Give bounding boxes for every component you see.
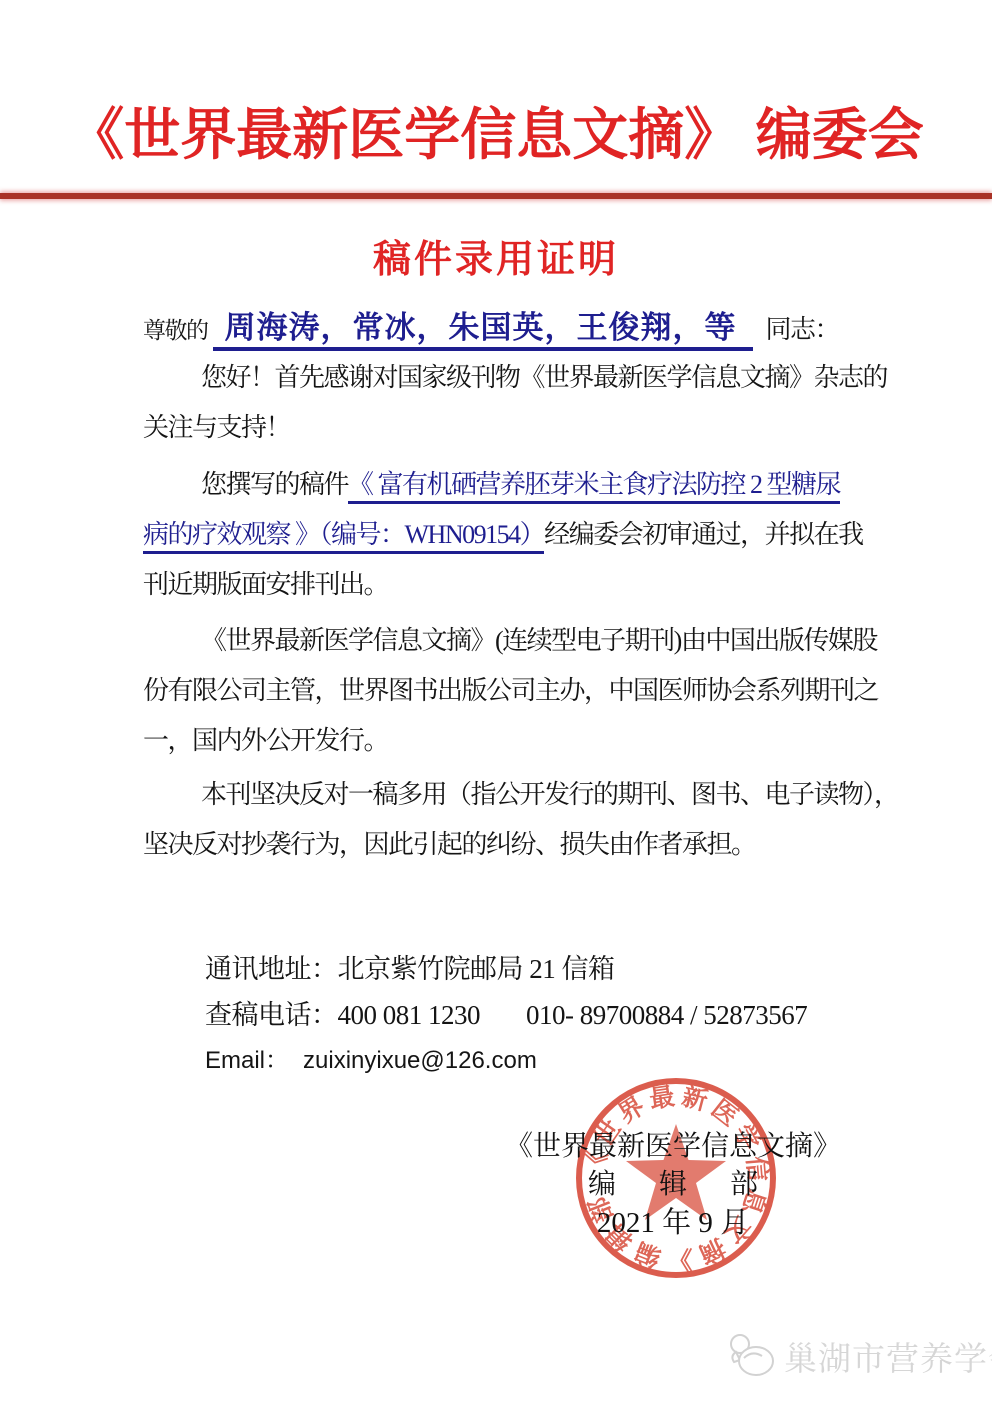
salutation-suffix: 同志：: [766, 315, 840, 344]
article-title-and-id-segment: 病的疗效观察 》（编号：WHN09154）: [143, 520, 544, 554]
paragraph-salutation: 尊敬的 周海涛，常冰，朱国英，王俊翔，等 同志： 您好！首先感谢对国家级刊物《世…: [143, 303, 883, 453]
signature-journal: 《世界最新医学信息文摘》: [453, 1128, 893, 1166]
association-watermark: 巢湖市营养学会: [726, 1330, 992, 1382]
association-logo-icon: [726, 1330, 778, 1382]
document-subtitle: 稿件录用证明: [0, 228, 992, 283]
contact-email-value: zuixinyixue@126.com: [303, 1047, 537, 1074]
article-title-segment: 《 富有机硒营养胚芽米主食疗法防控 2 型糖尿: [348, 470, 840, 504]
signature-date: 2021 年 9 月: [453, 1204, 893, 1242]
body-line: 《世界最新医学信息文摘》(连续型电子期刊)由中国出版传媒股: [143, 616, 883, 666]
body-line: 份有限公司主管，世界图书出版公司主办，中国医师协会系列期刊之: [143, 666, 883, 716]
body-line: 本刊坚决反对一稿多用（指公开发行的期刊、图书、电子读物），: [143, 770, 883, 820]
paragraph-journal-info: 《世界最新医学信息文摘》(连续型电子期刊)由中国出版传媒股 份有限公司主管，世界…: [143, 616, 883, 766]
body-line: 病的疗效观察 》（编号：WHN09154）经编委会初审通过，并拟在我: [143, 510, 883, 560]
body-line: 您撰写的稿件《 富有机硒营养胚芽米主食疗法防控 2 型糖尿: [143, 460, 883, 510]
paragraph-policy: 本刊坚决反对一稿多用（指公开发行的期刊、图书、电子读物）， 坚决反对抄袭行为，因…: [143, 770, 883, 870]
manuscript-lead: 您撰写的稿件: [201, 470, 348, 499]
contact-phone-secondary: 010- 89700884 / 52873567: [526, 1000, 807, 1030]
contact-block: 通讯地址：北京紫竹院邮局 21 信箱 查稿电话：400 081 1230010-…: [205, 946, 807, 1084]
signature-block: 《世界最新医学信息文摘》 编 辑 部 2021 年 9 月: [453, 1128, 893, 1242]
acceptance-letter-page: 《世界最新医学信息文摘》 编委会 稿件录用证明 尊敬的 周海涛，常冰，朱国英，王…: [0, 0, 992, 1403]
contact-email-label: Email：: [205, 1047, 289, 1074]
salutation-line: 尊敬的 周海涛，常冰，朱国英，王俊翔，等 同志：: [143, 303, 883, 353]
body-line: 关注与支持！: [143, 403, 883, 453]
recipient-names: 周海涛，常冰，朱国英，王俊翔，等: [213, 310, 753, 351]
contact-address-line: 通讯地址：北京紫竹院邮局 21 信箱: [205, 946, 807, 992]
body-line: 您好！首先感谢对国家级刊物《世界最新医学信息文摘》杂志的: [143, 353, 883, 403]
body-line: 刊近期版面安排刊出。: [143, 560, 883, 610]
journal-title-banner: 《世界最新医学信息文摘》 编委会: [0, 100, 992, 170]
salutation-prefix: 尊敬的: [143, 318, 208, 343]
contact-phone-line: 查稿电话：400 081 1230010- 89700884 / 5287356…: [205, 992, 807, 1038]
body-line: 坚决反对抄袭行为，因此引起的纠纷、损失由作者承担。: [143, 820, 883, 870]
contact-phone-primary: 400 081 1230: [338, 1000, 481, 1030]
acceptance-statement: 经编委会初审通过，并拟在我: [544, 520, 863, 549]
contact-phone-label: 查稿电话：: [205, 1000, 338, 1030]
contact-address-label: 通讯地址：: [205, 954, 338, 984]
body-line: 一，国内外公开发行。: [143, 716, 883, 766]
signature-department: 编 辑 部: [453, 1166, 893, 1204]
contact-address-value: 北京紫竹院邮局 21 信箱: [338, 954, 615, 984]
watermark-text: 巢湖市营养学会: [784, 1333, 992, 1380]
paragraph-manuscript: 您撰写的稿件《 富有机硒营养胚芽米主食疗法防控 2 型糖尿 病的疗效观察 》（编…: [143, 460, 883, 610]
header-divider-rule: [0, 193, 992, 199]
